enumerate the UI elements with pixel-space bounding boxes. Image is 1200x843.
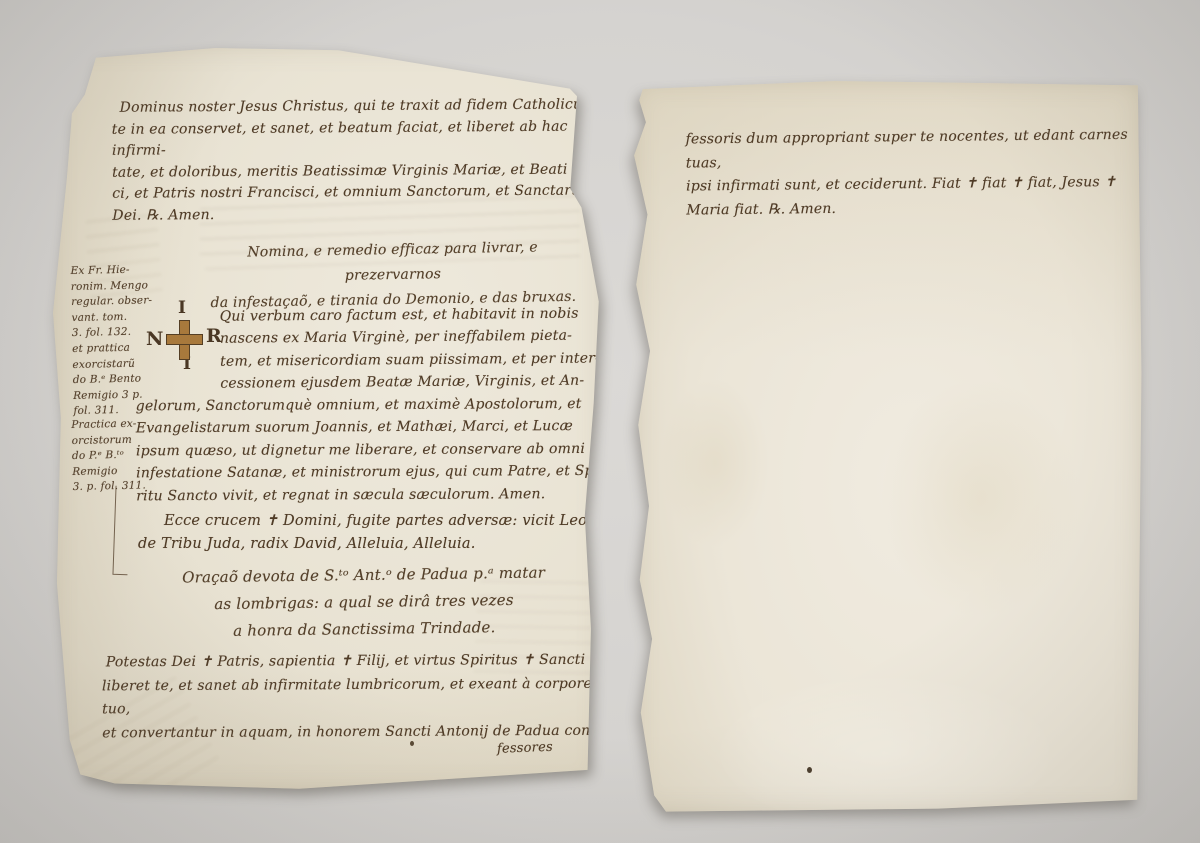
paper-stain [880, 378, 1080, 618]
ecce-crucem-verse: Ecce crucem ✝ Domini, fugite partes adve… [138, 510, 618, 556]
right-page-paper: fessoris dum appropriant super te nocent… [630, 78, 1144, 816]
inri-cross-monogram: I N R I [148, 300, 226, 384]
potestas-dei-paragraph: Potestas Dei ✝ Patris, sapientia ✝ Filij… [102, 649, 612, 746]
saint-anthony-rubric: Oraçaõ devota de S.ᵗᵒ Ant.ᵒ de Padua p.ᵃ… [153, 559, 574, 646]
catchword: fessores [497, 738, 597, 756]
exorcism-prayer-paragraph-upper: Qui verbum caro factum est, et habitavit… [220, 302, 621, 395]
inri-letter-left: N [146, 328, 163, 350]
ink-speck [807, 767, 812, 773]
inri-letter-top: I [178, 298, 186, 318]
opening-blessing-paragraph: Dominus noster Jesus Christus, qui te tr… [112, 94, 625, 227]
right-manuscript-page: fessoris dum appropriant super te nocent… [630, 78, 1144, 816]
ink-speck [410, 741, 414, 746]
paper-stain [720, 678, 1050, 828]
paper-stain [660, 378, 770, 548]
margin-bracket-line [112, 486, 130, 575]
left-page-paper: Dominus noster Jesus Christus, qui te tr… [48, 42, 606, 794]
cross-icon [166, 334, 203, 345]
photo-background: Dominus noster Jesus Christus, qui te tr… [0, 0, 1200, 843]
exorcism-prayer-paragraph-lower: gelorum, Sanctorumquè omnium, et maximè … [136, 393, 642, 508]
left-manuscript-page: Dominus noster Jesus Christus, qui te tr… [48, 42, 606, 794]
continuation-prayer-paragraph: fessoris dum appropriant super te nocent… [686, 124, 1162, 223]
